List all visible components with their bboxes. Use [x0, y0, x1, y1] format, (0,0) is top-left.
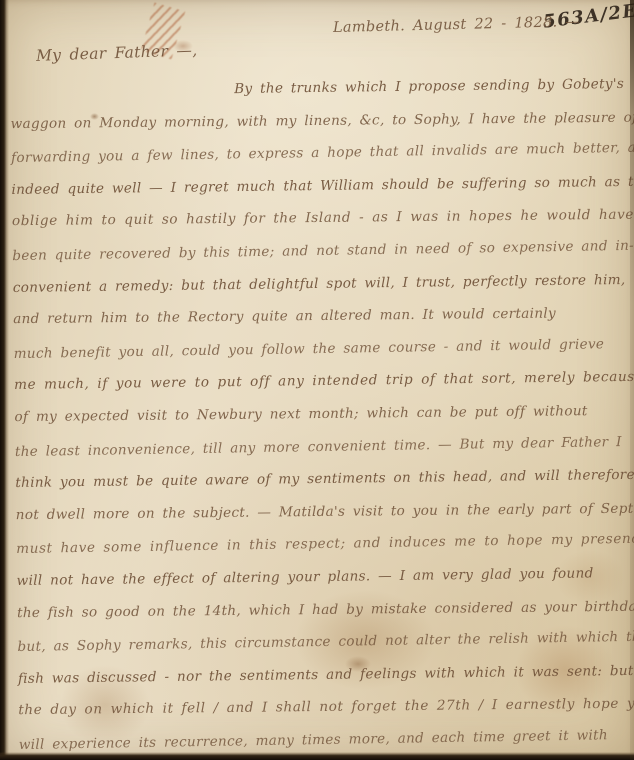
page-bottom-edge	[0, 752, 634, 760]
salutation: My dear Father —,	[36, 41, 198, 65]
page-left-edge	[0, 0, 9, 760]
dateline: Lambeth. August 22 - 1828. —	[333, 14, 580, 36]
page-right-edge	[630, 0, 634, 760]
letter-body: By the trunks which I propose sending by…	[10, 68, 634, 760]
letter-page: 563A/2E Lambeth. August 22 - 1828. — My …	[0, 0, 634, 760]
